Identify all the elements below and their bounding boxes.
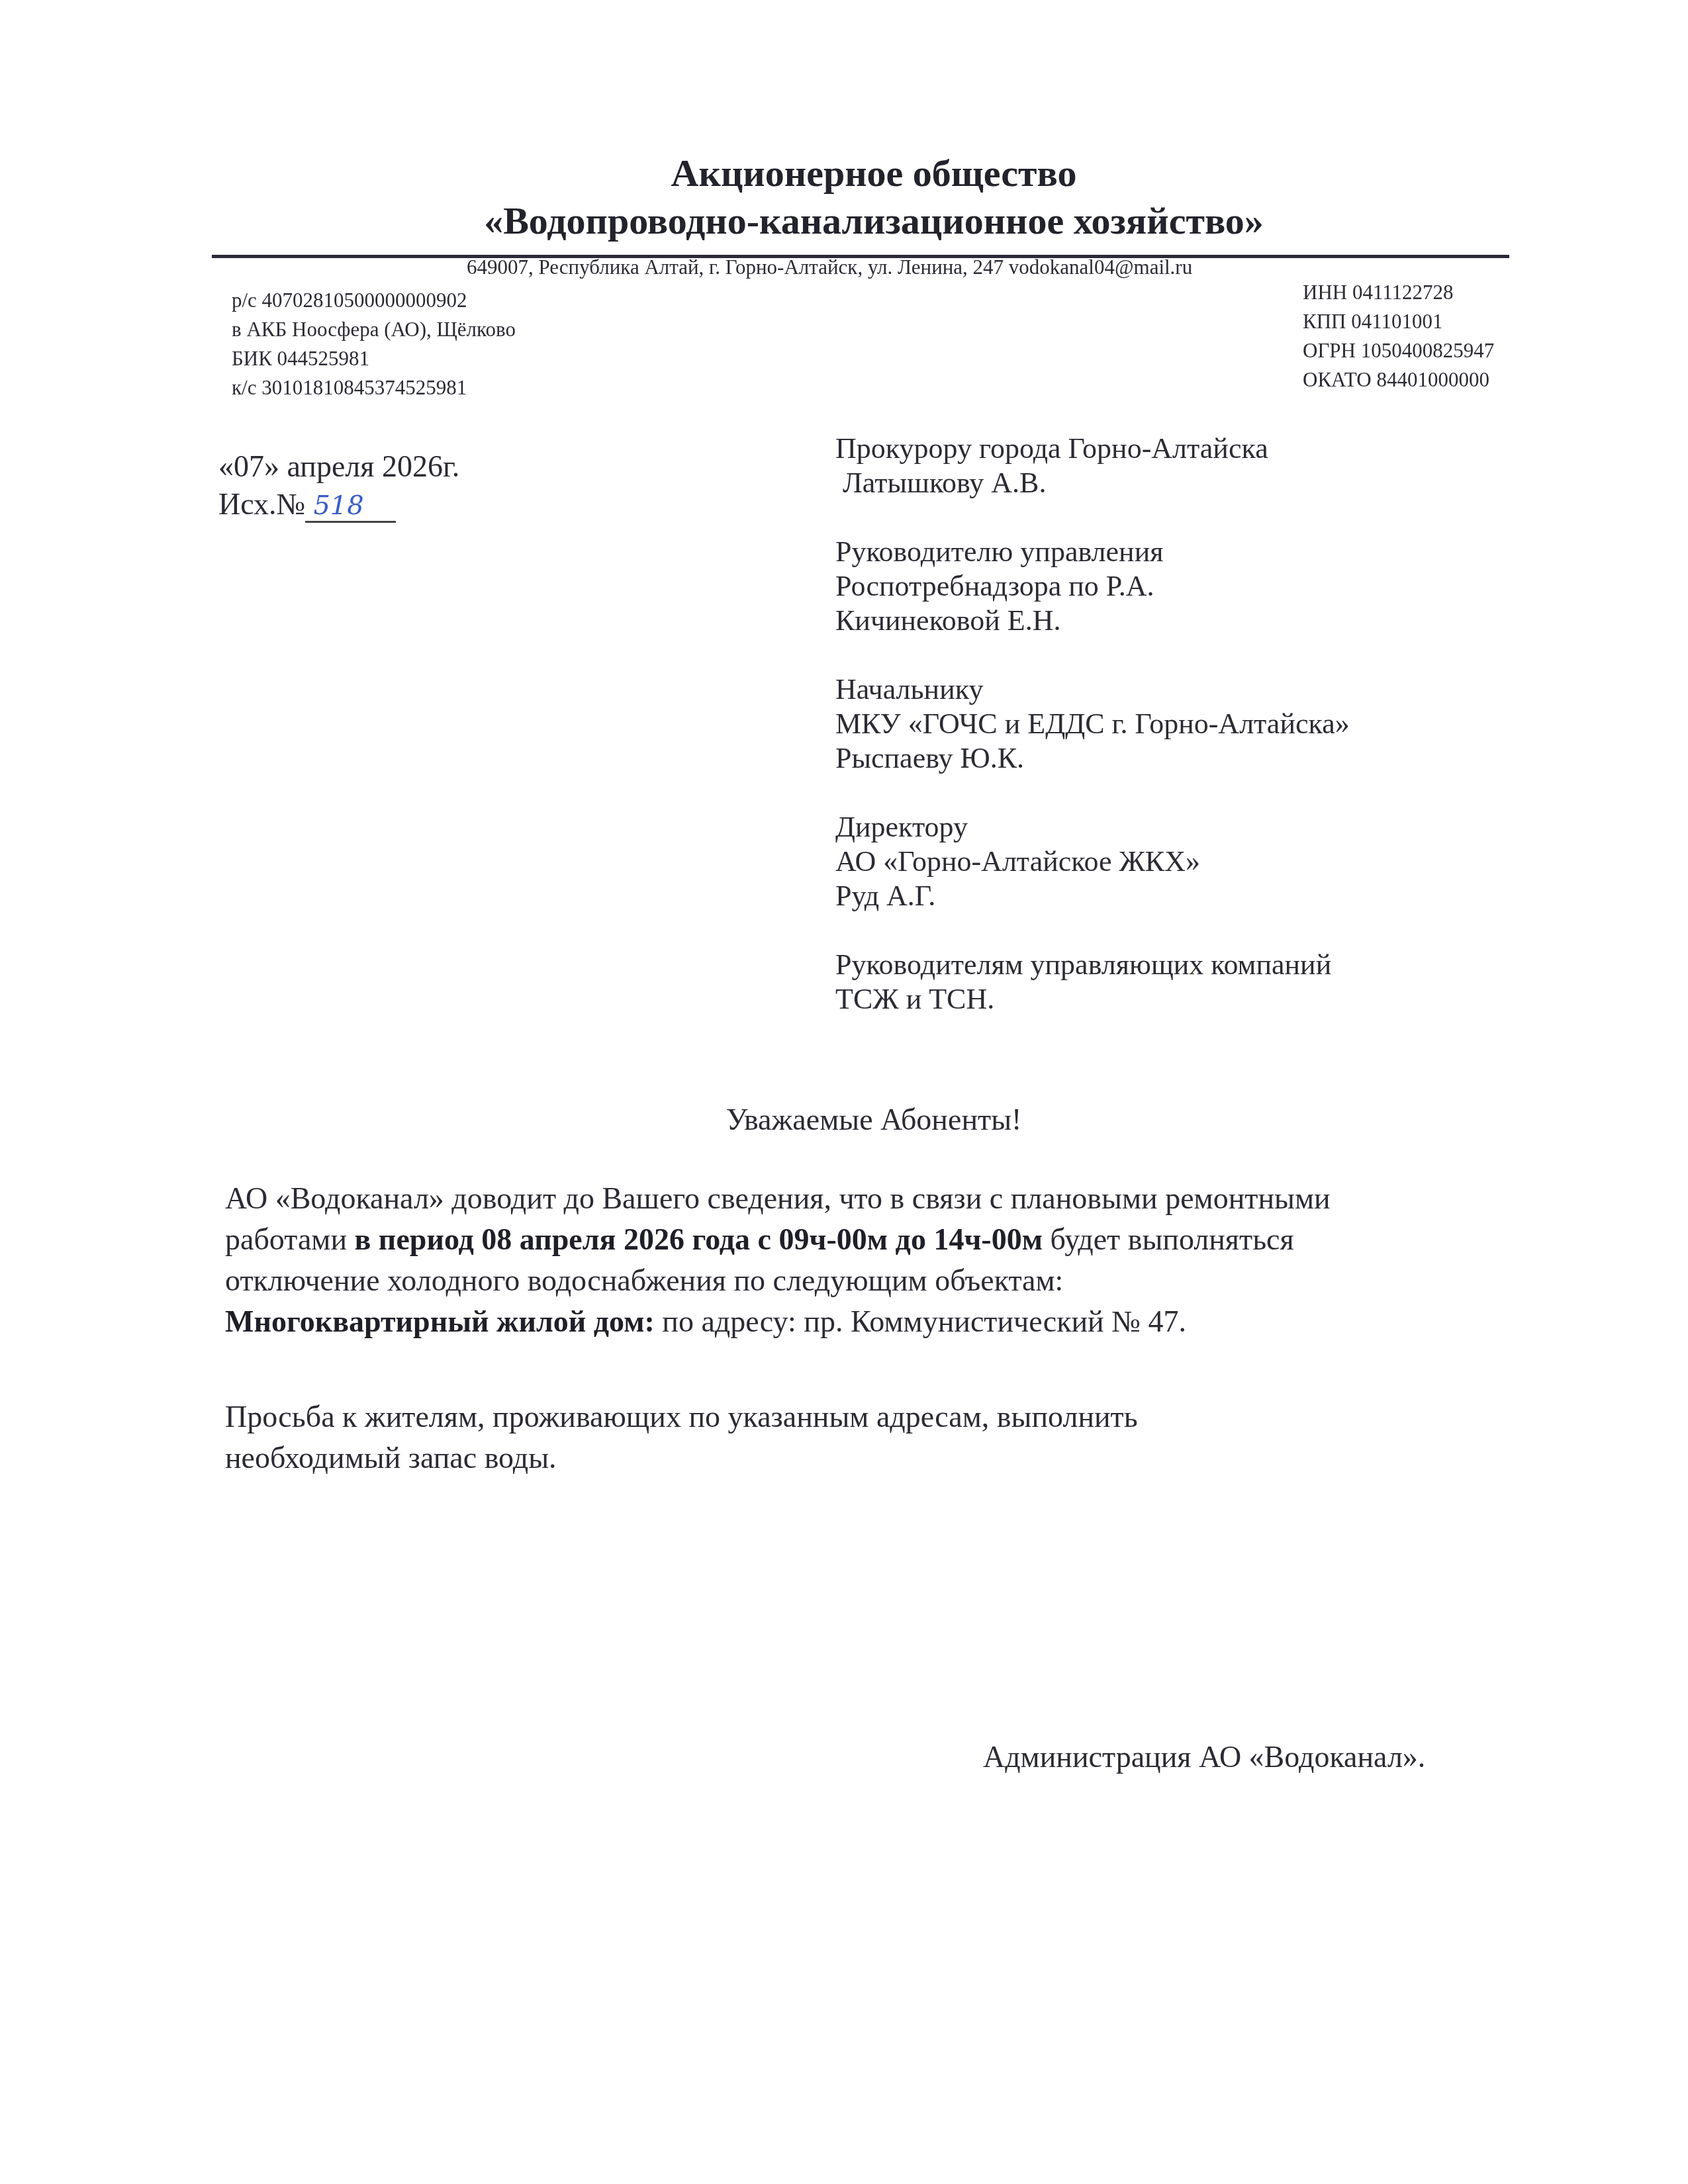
ogrn: ОГРН 1050400825947 [1303, 336, 1494, 365]
body-line-1: АО «Водоканал» доводит до Вашего сведени… [225, 1178, 1331, 1219]
object-type: Многоквартирный жилой дом: [225, 1304, 655, 1338]
recipient-line: Руководителю управления [835, 535, 1350, 569]
recipient-line: Руководителям управляющих компаний [835, 948, 1350, 982]
recipient-prosecutor: Прокурору города Горно-Алтайска Латышков… [835, 432, 1350, 500]
inn: ИНН 0411122728 [1303, 278, 1494, 307]
signature: Администрация АО «Водоканал». [983, 1739, 1425, 1774]
handwritten-number: 518 [305, 490, 396, 523]
recipient-line: Роспотребнадзора по Р.А. [835, 569, 1350, 604]
organization-title-line1: Акционерное общество [30, 151, 1688, 195]
okato: ОКАТО 84401000000 [1303, 365, 1494, 394]
recipient-rospotrebnadzor: Руководителю управления Роспотребнадзора… [835, 535, 1350, 638]
recipient-management-companies: Руководителям управляющих компаний ТСЖ и… [835, 948, 1350, 1017]
recipient-line: Директору [835, 810, 1350, 844]
recipient-line: АО «Горно-Алтайское ЖКХ» [835, 844, 1350, 879]
body-line-2: работами в период 08 апреля 2026 года с … [225, 1219, 1331, 1260]
object-address: по адресу: пр. Коммунистический № 47. [655, 1304, 1186, 1338]
organization-address: 649007, Республика Алтай, г. Горно-Алтай… [467, 255, 1192, 279]
recipient-line: Кичинековой Е.Н. [835, 604, 1350, 638]
outgoing-number: Исх.№518 [218, 486, 396, 523]
body-line-4: Многоквартирный жилой дом: по адресу: пр… [225, 1301, 1331, 1342]
body-line-3: отключение холодного водоснабжения по сл… [225, 1260, 1331, 1301]
bank-account: р/с 40702810500000000902 [232, 286, 516, 315]
recipients-block: Прокурору города Горно-Алтайска Латышков… [835, 432, 1350, 1017]
bank-name: в АКБ Ноосфера (АО), Щёлково [232, 315, 516, 344]
notice-body: АО «Водоканал» доводит до Вашего сведени… [225, 1178, 1331, 1342]
request-line-2: необходимый запас воды. [225, 1437, 1138, 1479]
recipient-line: Прокурору города Горно-Алтайска [835, 432, 1350, 466]
bank-details: р/с 40702810500000000902 в АКБ Ноосфера … [232, 286, 516, 402]
recipient-gochs: Начальнику МКУ «ГОЧС и ЕДДС г. Горно-Алт… [835, 672, 1350, 776]
bank-bik: БИК 044525981 [232, 344, 516, 373]
organization-title-line2: «Водопроводно-канализационное хозяйство» [30, 199, 1688, 243]
recipient-line: Начальнику [835, 672, 1350, 707]
recipient-line: МКУ «ГОЧС и ЕДДС г. Горно-Алтайска» [835, 707, 1350, 741]
recipient-line: Руд А.Г. [835, 879, 1350, 913]
greeting: Уважаемые Абоненты! [0, 1102, 1688, 1137]
residents-request: Просьба к жителям, проживающих по указан… [225, 1396, 1138, 1479]
recipient-line: ТСЖ и ТСН. [835, 982, 1350, 1017]
outage-period: в период 08 апреля 2026 года с 09ч-00м д… [355, 1222, 1043, 1256]
kpp: КПП 041101001 [1303, 307, 1494, 336]
recipient-line: Латышкову А.В. [835, 466, 1350, 500]
letter-date: «07» апреля 2026г. [218, 449, 459, 484]
outgoing-number-label: Исх.№ [218, 487, 305, 521]
company-requisites: ИНН 0411122728 КПП 041101001 ОГРН 105040… [1303, 278, 1494, 394]
recipient-zhkh: Директору АО «Горно-Алтайское ЖКХ» Руд А… [835, 810, 1350, 913]
bank-corr-account: к/с 30101810845374525981 [232, 373, 516, 402]
recipient-line: Рыспаеву Ю.К. [835, 741, 1350, 776]
request-line-1: Просьба к жителям, проживающих по указан… [225, 1396, 1138, 1437]
